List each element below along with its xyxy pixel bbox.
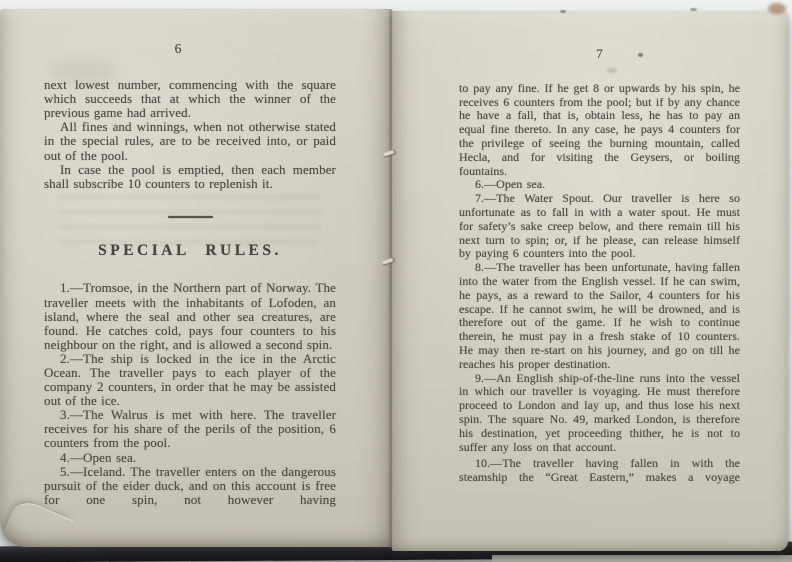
rule-paragraph: 2.—The ship is locked in the ice in the … [44, 352, 336, 408]
paragraph: In case the pool is emptied, then each m… [44, 163, 336, 191]
rule-paragraph: 5.—Iceland. The traveller enters on the … [44, 465, 336, 507]
paragraph: All fines and winnings, when not otherwi… [44, 120, 336, 162]
paragraph-continuation: to pay any fine. If he get 8 or upwards … [459, 82, 740, 179]
rule-paragraph: 9.—An English ship-of-the-line runs into… [459, 372, 740, 455]
page-7-text-column: 7 to pay any fine. If he get 8 or upward… [459, 48, 740, 485]
table-surface [492, 555, 792, 562]
page-6-text-column: 6 next lowest number, commencing with th… [44, 42, 336, 507]
rule-paragraph: 7.—The Water Spout. Our traveller is her… [459, 192, 740, 261]
page-number-right: 7 [459, 48, 740, 62]
paragraph-continuation: next lowest number, commencing with the … [44, 78, 336, 120]
page-number-left: 6 [32, 42, 324, 56]
rule-paragraph: 3.—The Walrus is met with here. The trav… [44, 408, 336, 450]
rule-paragraph: 1.—Tromsoe, in the Northern part of Norw… [44, 281, 336, 351]
rule-paragraph: 6.—Open sea. [459, 178, 740, 192]
rule-paragraph: 10.—The traveller having fallen in with … [459, 457, 740, 485]
rule-paragraph: 8.—The traveller has been unfortunate, h… [459, 261, 740, 371]
rule-paragraph: 4.—Open sea. [44, 451, 336, 465]
page-edge-nick [690, 8, 697, 11]
section-heading: SPECIAL RULES. [44, 244, 336, 258]
book-gutter [389, 10, 393, 549]
page-edge-nick [560, 10, 566, 13]
section-divider [168, 216, 213, 219]
foxing-stain [768, 3, 786, 14]
photo-background: 6 next lowest number, commencing with th… [0, 0, 792, 562]
